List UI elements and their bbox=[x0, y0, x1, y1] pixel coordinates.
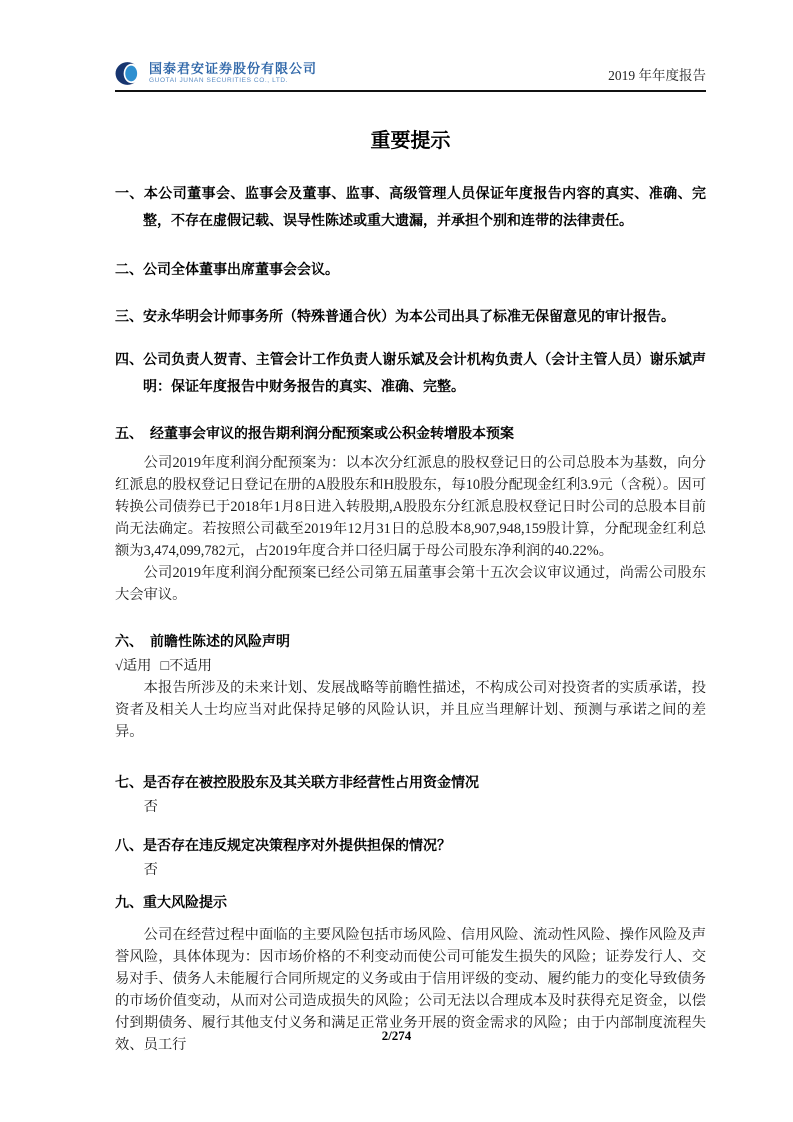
report-title-label: 2019 年年度报告 bbox=[608, 64, 706, 86]
paragraph: 公司2019年度利润分配预案为：以本次分红派息的股权登记日的公司总股本为基数，向… bbox=[115, 452, 706, 562]
company-name-block: 国泰君安证券股份有限公司 GUOTAI JUNAN SECURITIES CO.… bbox=[149, 62, 317, 85]
company-name-cn: 国泰君安证券股份有限公司 bbox=[149, 62, 317, 75]
company-name-en: GUOTAI JUNAN SECURITIES CO., LTD. bbox=[149, 78, 317, 85]
notice-item-7-answer: 否 bbox=[115, 796, 706, 818]
item-text: 公司负责人贺青、主管会计工作负责人谢乐斌及会计机构负责人（会计主管人员）谢乐斌声… bbox=[143, 351, 706, 394]
item-number: 三、 bbox=[115, 308, 143, 324]
not-applicable-option: □不适用 bbox=[160, 658, 212, 674]
item-number: 四、 bbox=[115, 351, 143, 367]
notice-item-7-heading: 七、是否存在被控股股东及其关联方非经营性占用资金情况 bbox=[115, 769, 706, 796]
notice-item-8-answer: 否 bbox=[115, 859, 706, 881]
item-number: 七、 bbox=[115, 774, 143, 790]
notice-item-9-heading: 九、重大风险提示 bbox=[115, 889, 706, 916]
report-page: 国泰君安证券股份有限公司 GUOTAI JUNAN SECURITIES CO.… bbox=[0, 0, 793, 1122]
item-heading: 重大风险提示 bbox=[143, 894, 227, 910]
item-number: 一、 bbox=[115, 185, 144, 201]
header-divider bbox=[115, 90, 706, 92]
guotai-junan-logo-icon bbox=[115, 61, 142, 86]
item-number: 六、 bbox=[115, 633, 143, 649]
page-title: 重要提示 bbox=[115, 128, 706, 154]
notice-item-1: 一、本公司董事会、监事会及董事、监事、高级管理人员保证年度报告内容的真实、准确、… bbox=[115, 180, 706, 234]
paragraph: 公司2019年度利润分配预案已经公司第五届董事会第十五次会议审议通过，尚需公司股… bbox=[115, 562, 706, 606]
item-number: 五、 bbox=[115, 425, 143, 441]
item-number: 八、 bbox=[115, 837, 143, 853]
notice-item-8-heading: 八、是否存在违反规定决策程序对外提供担保的情况？ bbox=[115, 832, 706, 859]
notice-item-5-body: 公司2019年度利润分配预案为：以本次分红派息的股权登记日的公司总股本为基数，向… bbox=[115, 452, 706, 606]
company-logo: 国泰君安证券股份有限公司 GUOTAI JUNAN SECURITIES CO.… bbox=[115, 61, 317, 86]
applicable-checked-option: √适用 bbox=[115, 658, 151, 674]
item-text: 安永华明会计师事务所（特殊普通合伙）为本公司出具了标准无保留意见的审计报告。 bbox=[143, 308, 675, 324]
item-heading: 是否存在违反规定决策程序对外提供担保的情况？ bbox=[143, 837, 451, 853]
notice-item-4: 四、公司负责人贺青、主管会计工作负责人谢乐斌及会计机构负责人（会计主管人员）谢乐… bbox=[115, 346, 706, 400]
item-number: 二、 bbox=[115, 261, 143, 277]
notice-item-3: 三、安永华明会计师事务所（特殊普通合伙）为本公司出具了标准无保留意见的审计报告。 bbox=[115, 303, 706, 330]
page-number: 2/274 bbox=[0, 1028, 793, 1044]
applicability-line: √适用□不适用 bbox=[115, 655, 706, 677]
item-text: 本公司董事会、监事会及董事、监事、高级管理人员保证年度报告内容的真实、准确、完整… bbox=[143, 185, 706, 228]
item-heading: 经董事会审议的报告期利润分配预案或公积金转增股本预案 bbox=[150, 425, 514, 441]
notice-item-6-heading: 六、前瞻性陈述的风险声明 bbox=[115, 628, 706, 655]
notice-item-5-heading: 五、经董事会审议的报告期利润分配预案或公积金转增股本预案 bbox=[115, 420, 706, 447]
item-text: 公司全体董事出席董事会会议。 bbox=[143, 261, 339, 277]
item-heading: 前瞻性陈述的风险声明 bbox=[150, 633, 290, 649]
item-number: 九、 bbox=[115, 894, 143, 910]
notice-item-2: 二、公司全体董事出席董事会会议。 bbox=[115, 256, 706, 283]
notice-item-6-paragraph: 本报告所涉及的未来计划、发展战略等前瞻性描述，不构成公司对投资者的实质承诺，投资… bbox=[115, 677, 706, 743]
item-heading: 是否存在被控股股东及其关联方非经营性占用资金情况 bbox=[143, 774, 479, 790]
page-header: 国泰君安证券股份有限公司 GUOTAI JUNAN SECURITIES CO.… bbox=[115, 54, 706, 86]
